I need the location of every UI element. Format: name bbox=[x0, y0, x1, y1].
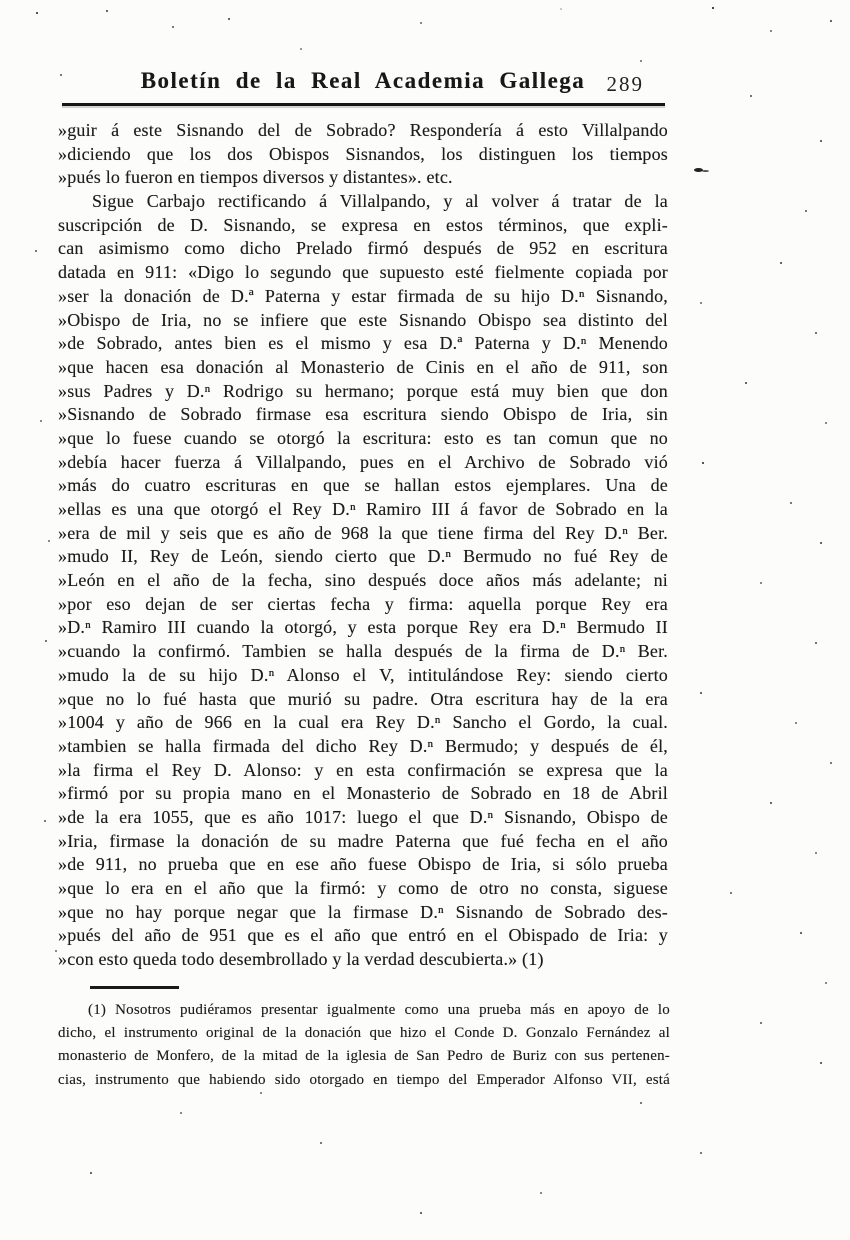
body-text-line: »1004 y año de 966 en la cual era Rey D.… bbox=[58, 711, 668, 735]
journal-title: Boletín de la Real Academia Gallega bbox=[58, 68, 668, 94]
header-rule bbox=[62, 103, 665, 106]
body-text-line: »que no hay porque negar que la firmase … bbox=[58, 901, 668, 925]
footnote-block: (1) Nosotros pudiéramos presentar igualm… bbox=[58, 999, 670, 1092]
body-text-line: »era de mil y seis que es año de 968 la … bbox=[58, 522, 668, 546]
body-text-line: »Obispo de Iria, no se infiere que este … bbox=[58, 309, 668, 333]
body-text-line: »mudo II, Rey de León, siendo cierto que… bbox=[58, 545, 668, 569]
ink-blot bbox=[694, 168, 703, 172]
page-number: 289 bbox=[607, 72, 645, 97]
running-header: Boletín de la Real Academia Gallega 289 bbox=[58, 66, 668, 102]
body-text-line: »sus Padres y D.ⁿ Rodrigo su hermano; po… bbox=[58, 380, 668, 404]
footnote-text-line: (1) Nosotros pudiéramos presentar igualm… bbox=[58, 999, 670, 1022]
body-text-line: »pués del año de 951 que es el año que e… bbox=[58, 924, 668, 948]
body-text-line: »pués lo fueron en tiempos diversos y di… bbox=[58, 166, 668, 190]
body-text-line: »con esto queda todo desembrollado y la … bbox=[58, 948, 668, 972]
body-text-line: »ser la donación de D.ª Paterna y estar … bbox=[58, 285, 668, 309]
body-text-line: »de la era 1055, que es año 1017: luego … bbox=[58, 806, 668, 830]
body-text-line: »de Sobrado, antes bien es el mismo y es… bbox=[58, 332, 668, 356]
body-text-line: »ellas es una que otorgó el Rey D.ⁿ Rami… bbox=[58, 498, 668, 522]
footnote-text-line: cias, instrumento que habiendo sido otor… bbox=[58, 1069, 670, 1092]
scan-noise-speckles bbox=[0, 0, 2, 2]
body-text-line: »D.ⁿ Ramiro III cuando la otorgó, y esta… bbox=[58, 616, 668, 640]
body-text-line: »Iria, firmase la donación de su madre P… bbox=[58, 830, 668, 854]
body-text-line: »que no lo fué hasta que murió su padre.… bbox=[58, 688, 668, 712]
footnote-text-line: dicho, el instrumento original de la don… bbox=[58, 1022, 670, 1045]
body-text-line: »que lo era en el año que la firmó: y co… bbox=[58, 877, 668, 901]
body-text-line: »Sisnando de Sobrado firmase esa escritu… bbox=[58, 403, 668, 427]
body-text-line: »cuando la confirmó. Tambien se halla de… bbox=[58, 640, 668, 664]
body-text-block: »guir á este Sisnando del de Sobrado? Re… bbox=[58, 119, 668, 972]
footnote-text-line: monasterio de Monfero, de la mitad de la… bbox=[58, 1045, 670, 1068]
body-text-line: Sigue Carbajo rectificando á Villalpando… bbox=[58, 190, 668, 214]
body-text-line: »por eso dejan de ser ciertas fecha y fi… bbox=[58, 593, 668, 617]
scanned-document-page: Boletín de la Real Academia Gallega 289 … bbox=[0, 0, 850, 1240]
body-text-line: suscripción de D. Sisnando, se expresa e… bbox=[58, 214, 668, 238]
footnote-separator-rule bbox=[90, 986, 179, 989]
body-text-line: »más do cuatro escrituras en que se hall… bbox=[58, 474, 668, 498]
body-text-line: »que hacen esa donación al Monasterio de… bbox=[58, 356, 668, 380]
body-text-line: »de 911, no prueba que en ese año fuese … bbox=[58, 853, 668, 877]
body-text-line: »guir á este Sisnando del de Sobrado? Re… bbox=[58, 119, 668, 143]
body-text-line: »firmó por su propia mano en el Monaster… bbox=[58, 782, 668, 806]
body-text-line: »diciendo que los dos Obispos Sisnandos,… bbox=[58, 143, 668, 167]
body-text-line: »que lo fuese cuando se otorgó la escrit… bbox=[58, 427, 668, 451]
body-text-line: can asimismo como dicho Prelado firmó de… bbox=[58, 237, 668, 261]
body-text-line: »León en el año de la fecha, sino despué… bbox=[58, 569, 668, 593]
body-text-line: »tambien se halla firmada del dicho Rey … bbox=[58, 735, 668, 759]
body-text-line: »mudo la de su hijo D.ⁿ Alonso el V, int… bbox=[58, 664, 668, 688]
body-text-line: »debía hacer fuerza á Villalpando, pues … bbox=[58, 451, 668, 475]
body-text-line: »la firma el Rey D. Alonso: y en esta co… bbox=[58, 759, 668, 783]
body-text-line: datada en 911: «Digo lo segundo que supu… bbox=[58, 261, 668, 285]
